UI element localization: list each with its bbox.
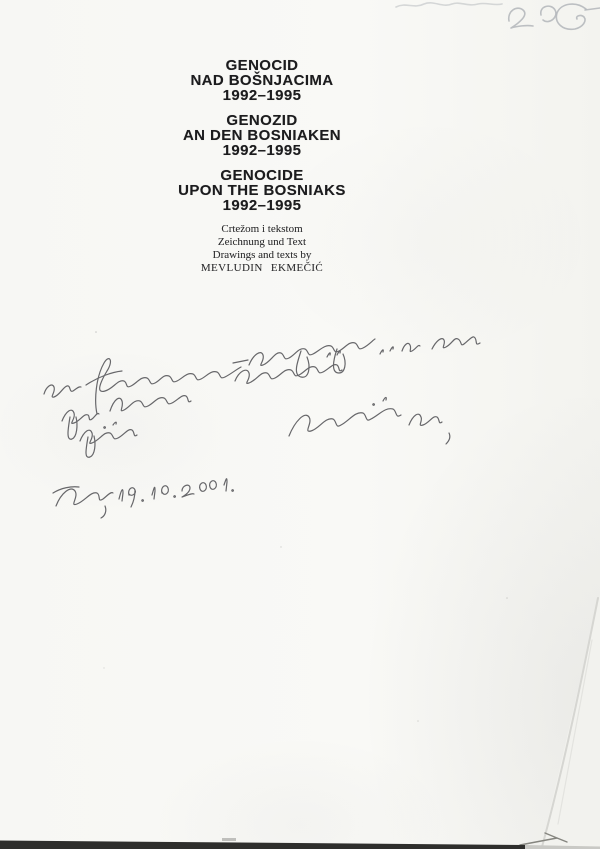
scan-bottom-edge xyxy=(0,838,600,849)
dedication-line-3 xyxy=(80,422,137,457)
dedication-signature xyxy=(289,397,450,444)
scanned-book-title-page: GENOCID NAD BOŠNJACIMA 1992–1995 GENOZID… xyxy=(0,0,600,849)
handwritten-date-line xyxy=(53,479,233,518)
page-crease xyxy=(520,595,600,849)
scan-overlay xyxy=(0,0,600,849)
pencil-price-note xyxy=(396,3,600,29)
handwritten-dedication xyxy=(44,337,480,518)
paper-specks xyxy=(95,331,508,722)
dedication-line-1 xyxy=(44,337,480,414)
